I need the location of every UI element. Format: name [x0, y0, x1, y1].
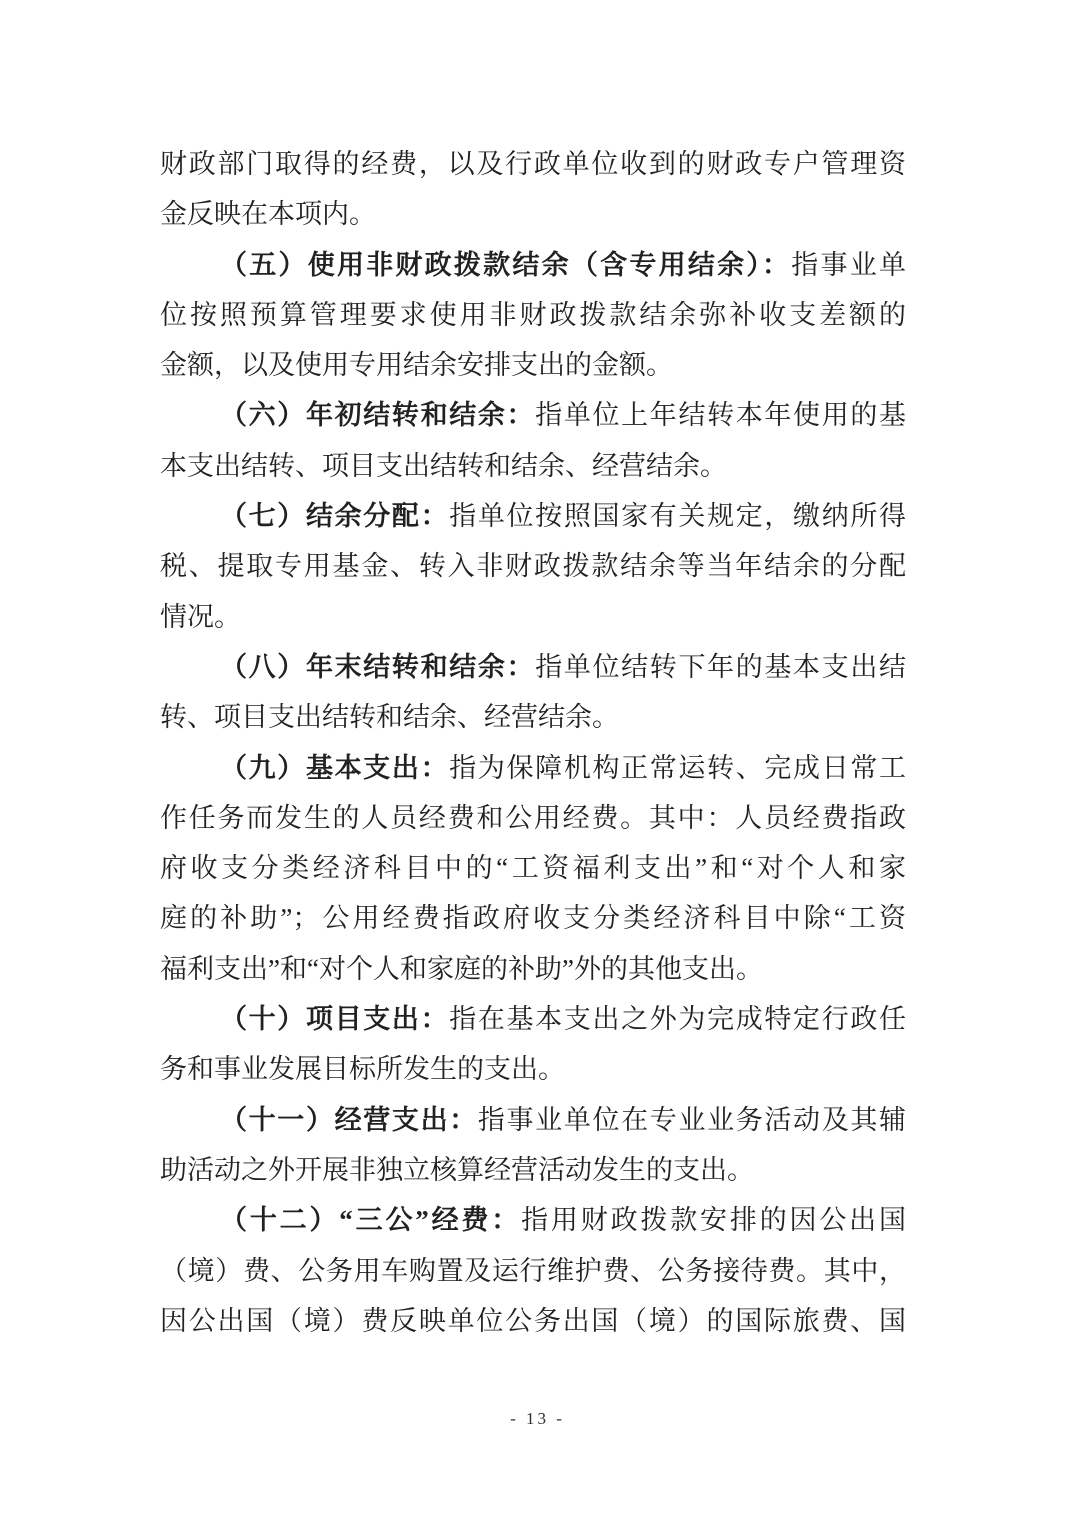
text-line: 财政部门取得的经费，以及行政单位收到的财政专户管理资: [160, 139, 906, 189]
text-line: （十）项目支出：指在基本支出之外为完成特定行政任: [160, 994, 906, 1044]
text-line: 税、提取专用基金、转入非财政拨款结余等当年结余的分配: [160, 541, 906, 591]
term-heading: （七）结余分配：: [220, 501, 449, 531]
document-body: 财政部门取得的经费，以及行政单位收到的财政专户管理资金反映在本项内。（五）使用非…: [160, 139, 906, 1346]
text-line: 金反映在本项内。: [160, 189, 906, 239]
term-heading: （六）年初结转和结余：: [220, 400, 535, 430]
text-line: 助活动之外开展非独立核算经营活动发生的支出。: [160, 1145, 906, 1195]
text-line: （境）费、公务用车购置及运行维护费、公务接待费。其中，: [160, 1246, 906, 1296]
text-line: 作任务而发生的人员经费和公用经费。其中：人员经费指政: [160, 793, 906, 843]
term-heading: （十二）“三公”经费：: [220, 1205, 521, 1235]
text-line: （十一）经营支出：指事业单位在专业业务活动及其辅: [160, 1095, 906, 1145]
text-line: 转、项目支出结转和结余、经营结余。: [160, 692, 906, 742]
term-heading: （十）项目支出：: [220, 1004, 449, 1034]
text-line: （十二）“三公”经费：指用财政拨款安排的因公出国: [160, 1195, 906, 1245]
text-line: 情况。: [160, 592, 906, 642]
text-line: （六）年初结转和结余：指单位上年结转本年使用的基: [160, 390, 906, 440]
text-line: 务和事业发展目标所发生的支出。: [160, 1044, 906, 1094]
document-page: 财政部门取得的经费，以及行政单位收到的财政专户管理资金反映在本项内。（五）使用非…: [0, 0, 1075, 1520]
text-line: （七）结余分配：指单位按照国家有关规定，缴纳所得: [160, 491, 906, 541]
text-line: 庭的补助”；公用经费指政府收支分类经济科目中除“工资: [160, 893, 906, 943]
text-line: 府收支分类经济科目中的“工资福利支出”和“对个人和家: [160, 843, 906, 893]
text-line: （五）使用非财政拨款结余（含专用结余）：指事业单: [160, 240, 906, 290]
term-heading: （五）使用非财政拨款结余（含专用结余）：: [220, 250, 791, 280]
text-line: 因公出国（境）费反映单位公务出国（境）的国际旅费、国: [160, 1296, 906, 1346]
text-line: 福利支出”和“对个人和家庭的补助”外的其他支出。: [160, 944, 906, 994]
text-line: 本支出结转、项目支出结转和结余、经营结余。: [160, 441, 906, 491]
page-number: - 13 -: [0, 1404, 1075, 1434]
text-line: 金额，以及使用专用结余安排支出的金额。: [160, 340, 906, 390]
term-heading: （八）年末结转和结余：: [220, 652, 535, 682]
term-heading: （十一）经营支出：: [220, 1105, 478, 1135]
text-line: 位按照预算管理要求使用非财政拨款结余弥补收支差额的: [160, 290, 906, 340]
term-heading: （九）基本支出：: [220, 753, 449, 783]
text-line: （八）年末结转和结余：指单位结转下年的基本支出结: [160, 642, 906, 692]
text-line: （九）基本支出：指为保障机构正常运转、完成日常工: [160, 743, 906, 793]
